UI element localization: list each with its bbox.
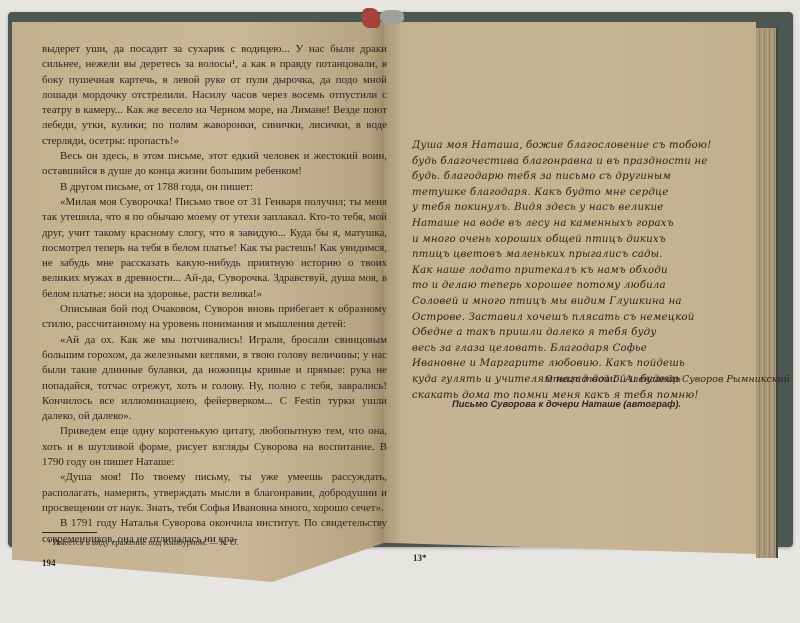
letter-line: Ивановне и Маргарите любовию. Какъ пойде… bbox=[412, 356, 752, 372]
bookmark-ribbon bbox=[362, 8, 380, 28]
figure-caption: Письмо Суворова к дочери Наташе (автогра… bbox=[452, 398, 681, 409]
bookmark-thread bbox=[380, 10, 404, 24]
letter-line: и много очень хороших общей птицъ дикихъ bbox=[412, 232, 752, 248]
letter-line: Острове. Заставил хочешъ плясать съ неме… bbox=[412, 310, 752, 326]
letter-line: то и делаю теперь хорошее потому любила bbox=[412, 278, 752, 294]
page-edges bbox=[756, 28, 778, 558]
letter-line: у тебя покинулъ. Видя здесь у насъ велик… bbox=[412, 200, 752, 216]
letter-line: Соловей и много птицъ мы видим Глушкина … bbox=[412, 294, 752, 310]
right-page-number: 13* bbox=[413, 553, 427, 563]
paragraph: «Душа моя! По твоему письму, ты уже умее… bbox=[42, 470, 387, 516]
paragraph: «Ай да ох. Как же мы потчивались! Играли… bbox=[42, 333, 387, 425]
footnote-marker: ¹ bbox=[48, 537, 51, 547]
letter-line: Обедне а такъ пришли далеко я тебя буду bbox=[412, 325, 752, 341]
footnote-text: Имеется в виду сражение под Кинбурном. — bbox=[53, 537, 218, 547]
left-page-text: выдерет уши, да посадит за сухарик с вод… bbox=[42, 42, 387, 547]
paragraph: Описывая бой под Очаковом, Суворов вновь… bbox=[42, 302, 387, 333]
footnote-author: К. О. bbox=[220, 537, 238, 547]
paragraph: выдерет уши, да посадит за сухарик с вод… bbox=[42, 42, 387, 149]
letter-line: весь за глаза целовать. Благодаря Софье bbox=[412, 341, 752, 357]
paragraph: В другом письме, от 1788 года, он пишет: bbox=[42, 180, 387, 195]
left-page-number: 194 bbox=[42, 558, 56, 568]
handwritten-letter: Душа моя Наташа, божие благословение съ … bbox=[412, 138, 752, 403]
letter-line: Как наше лодато притекалъ къ намъ обходи bbox=[412, 263, 752, 279]
paragraph: Приведем еще одну коротенькую цитату, лю… bbox=[42, 424, 387, 470]
letter-line: будь. благодарю тебя за письмо съ другин… bbox=[412, 169, 752, 185]
letter-line: тетушке благодаря. Какъ будто мне сердце bbox=[412, 185, 752, 201]
footnote: ¹ Имеется в виду сражение под Кинбурном.… bbox=[48, 537, 239, 547]
paragraph: Весь он здесь, в этом письме, этот едкий… bbox=[42, 149, 387, 180]
letter-line: будь благочестива благонравна и въ празд… bbox=[412, 154, 752, 170]
paragraph: «Милая моя Суворочка! Письмо твое от 31 … bbox=[42, 195, 387, 302]
letter-line: Наташе на воде въ лесу на каменныхъ гора… bbox=[412, 216, 752, 232]
letter-signature: Отецъ твой Г. Александр Суворов Рымникск… bbox=[545, 374, 790, 385]
footnote-divider bbox=[42, 532, 97, 533]
letter-line: Душа моя Наташа, божие благословение съ … bbox=[412, 138, 752, 154]
letter-line: птицъ цветовъ маленьких прыгалисъ сады. bbox=[412, 247, 752, 263]
